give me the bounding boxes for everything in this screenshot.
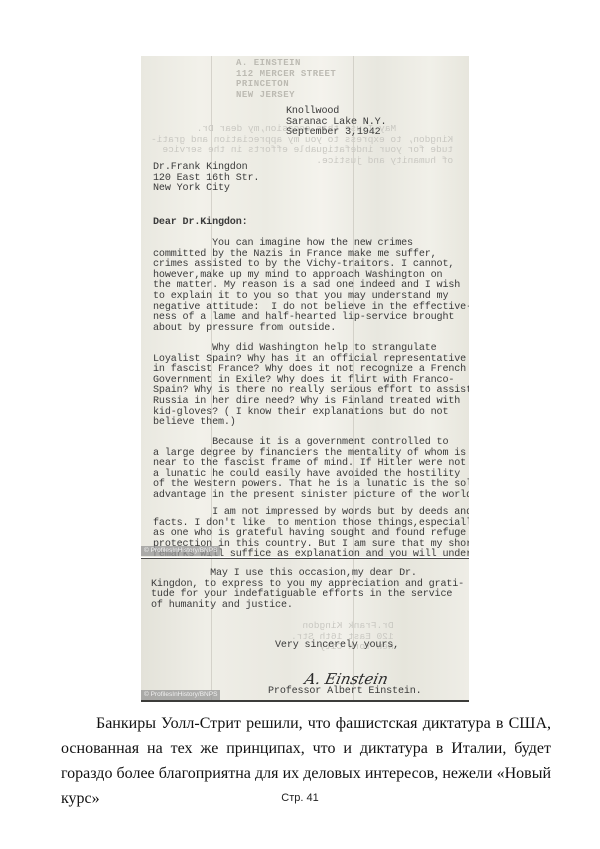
closing: Very sincerely yours, xyxy=(275,641,399,652)
letter-photo-page-1: A. EINSTEIN 112 MERCER STREET PRINCETON … xyxy=(141,56,469,557)
recipient-address: Dr.Frank Kingdon 120 East 16th Str. New … xyxy=(153,163,259,195)
salutation: Dear Dr.Kingdon: xyxy=(153,218,248,229)
photo-credit-watermark: © ProfilesInHistory/BNPS xyxy=(141,546,220,556)
photo-credit-watermark: © ProfilesInHistory/BNPS xyxy=(141,690,220,700)
paragraph-2: Why did Washington help to strangulate L… xyxy=(153,344,469,429)
sender-address: Knollwood Saranac Lake N.Y. September 3,… xyxy=(286,107,386,139)
letter-photo-page-2: Dr.Frank Kingdon 120 East 16th Str. New … xyxy=(141,558,469,702)
typed-signature: Professor Albert Einstein. xyxy=(268,687,422,698)
page-number: Стр. 41 xyxy=(0,792,600,804)
paragraph-3: Because it is a government controlled to… xyxy=(153,438,469,502)
paragraph-5: May I use this occasion,my dear Dr. King… xyxy=(151,569,464,611)
letterhead: A. EINSTEIN 112 MERCER STREET PRINCETON … xyxy=(236,58,336,100)
paragraph-1: You can imagine how the new crimes commi… xyxy=(153,239,469,334)
